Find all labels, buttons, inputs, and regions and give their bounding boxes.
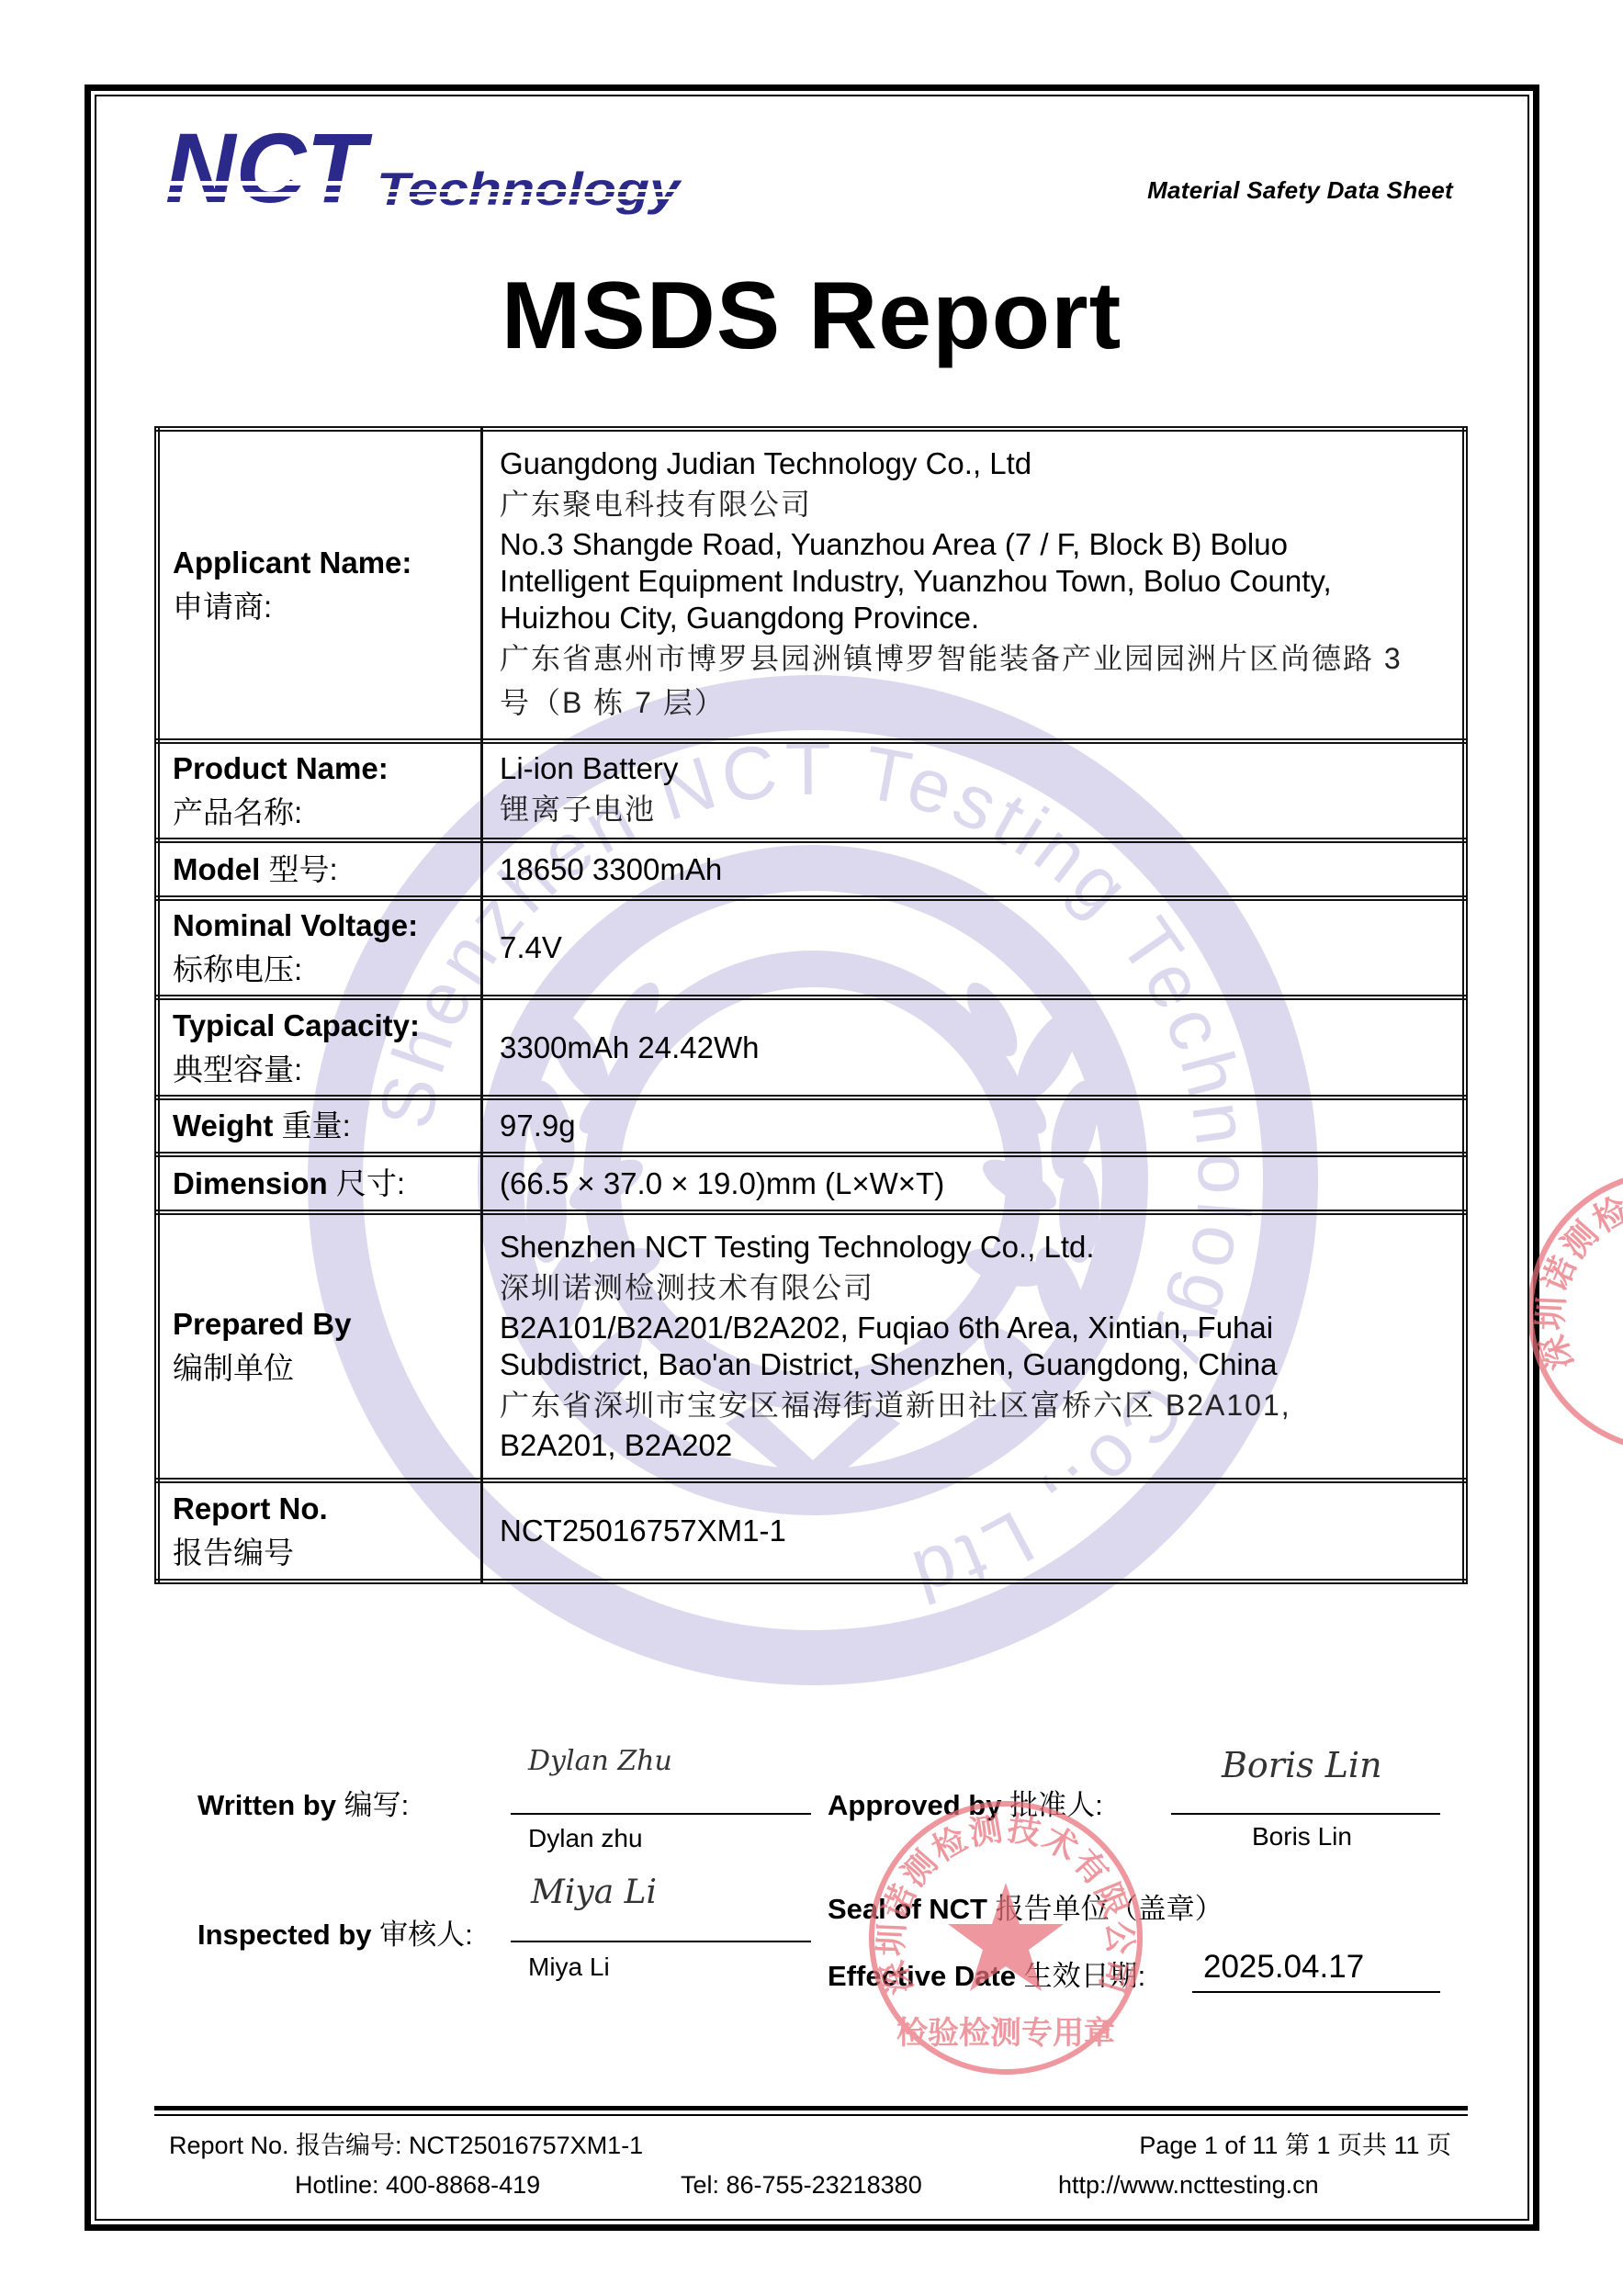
row-value-line: NCT25016757XM1-1 [500,1513,1455,1549]
footer-page-number: Page 1 of 11 第 1 页共 11 页 [1139,2125,1451,2161]
effective-date-value: 2025.04.17 [1203,1949,1364,1986]
row-label: Typical Capacity:典型容量: [173,1004,476,1092]
row-label-cn: 编制单位 [173,1351,294,1385]
row-value-line: No.3 Shangde Road, Yuanzhou Area (7 / F,… [500,526,1455,563]
row-label-en: Prepared By [173,1307,351,1341]
row-label-en: Report No. [173,1491,328,1525]
footer-rule-thin [154,2114,1468,2116]
row-value-line: 深圳诺测检测技术有限公司 [500,1266,1455,1310]
row-label: Product Name:产品名称: [173,747,476,835]
row-label-en: Nominal Voltage: [173,908,418,942]
cross-page-seal: 深圳诺测检测技术有限公司 [1529,1165,1623,1458]
row-label: Model 型号: [173,848,476,892]
row-value-line: Subdistrict, Bao'an District, Shenzhen, … [500,1346,1455,1383]
row-value: (66.5 × 37.0 × 19.0)mm (L×W×T) [500,1165,1455,1202]
table-row-border [154,895,1468,901]
row-value-line: 广东省惠州市博罗县园洲镇博罗智能装备产业园园洲片区尚德路 3 [500,636,1455,681]
official-seal: 深圳诺测检测技术有限公司 检验检测专用章 [863,1795,1148,2080]
table-outer-border [154,426,160,1584]
row-label: Prepared By编制单位 [173,1302,476,1390]
row-label-cn: 典型容量: [173,1052,302,1086]
effective-date-line [1192,1991,1440,1993]
row-label-en: Product Name: [173,751,389,785]
row-value: Guangdong Judian Technology Co., Ltd广东聚电… [500,445,1455,725]
row-value-line: 97.9g [500,1108,1455,1144]
inspected-by-line [511,1941,811,1942]
row-value-line: 号（B 栋 7 层） [500,681,1455,725]
row-value-line: Shenzhen NCT Testing Technology Co., Ltd… [500,1229,1455,1266]
row-label-cn: 产品名称: [173,795,302,829]
star-icon [948,1883,1064,1991]
table-row-border [154,1095,1468,1100]
row-label-cn: 尺寸: [336,1166,405,1200]
table-outer-border [1462,426,1468,1584]
row-label-cn: 申请商: [173,590,272,624]
row-label-cn: 型号: [269,852,338,886]
table-row-border [154,738,1468,744]
row-label-en: Weight [173,1109,273,1142]
table-row-border [154,995,1468,1000]
footer-hotline: Hotline: 400-8868-419 [295,2171,540,2200]
approved-by-line [1171,1813,1440,1815]
row-value: Li-ion Battery锂离子电池 [500,750,1455,831]
row-value-line: Huizhou City, Guangdong Province. [500,600,1455,636]
written-by-name: Dylan zhu [528,1824,643,1853]
written-by-line [511,1813,811,1815]
seal-bottom-text: 检验检测专用章 [896,2015,1115,2052]
row-label: Dimension 尺寸: [173,1162,476,1206]
inspected-by-label: Inspected by 审核人: [197,1911,473,1953]
row-value: 3300mAh 24.42Wh [500,1030,1455,1066]
row-label: Applicant Name:申请商: [173,541,476,629]
footer-website[interactable]: http://www.ncttesting.cn [1058,2171,1319,2200]
table-row-border [154,1152,1468,1157]
row-value-line: 广东省深圳市宝安区福海街道新田社区富桥六区 B2A101, [500,1383,1455,1427]
approved-by-signature: Boris Lin [1222,1745,1382,1785]
row-value: 18650 3300mAh [500,851,1455,888]
row-label: Report No.报告编号 [173,1487,476,1575]
row-label: Nominal Voltage:标称电压: [173,904,476,992]
page-border-inner [95,95,1529,2221]
row-value: 97.9g [500,1108,1455,1144]
row-label: Weight 重量: [173,1104,476,1148]
table-row-border [154,1478,1468,1483]
table-row-border [154,1210,1468,1215]
row-value-line: 3300mAh 24.42Wh [500,1030,1455,1066]
table-column-divider [480,426,483,1584]
row-value: NCT25016757XM1-1 [500,1513,1455,1549]
row-value: Shenzhen NCT Testing Technology Co., Ltd… [500,1229,1455,1464]
document-type: Material Safety Data Sheet [1147,176,1453,205]
row-value-line: B2A201, B2A202 [500,1427,1455,1464]
table-row-border [154,1579,1468,1584]
row-value-line: Intelligent Equipment Industry, Yuanzhou… [500,563,1455,600]
row-label-en: Typical Capacity: [173,1008,420,1042]
row-value-line: (66.5 × 37.0 × 19.0)mm (L×W×T) [500,1165,1455,1202]
row-label-cn: 重量: [282,1109,351,1142]
row-label-cn: 标称电压: [173,952,302,986]
table-row-border [154,838,1468,843]
nct-logo: NCT NCT Technology [163,118,715,219]
row-value-line: 7.4V [500,929,1455,966]
row-label-en: Applicant Name: [173,546,411,580]
inspected-by-name: Miya Li [528,1953,610,1982]
row-label-en: Model [173,852,260,886]
written-by-signature: Dylan Zhu [528,1745,672,1777]
footer-tel: Tel: 86-755-23218380 [681,2171,922,2200]
row-value-line: 锂离子电池 [500,787,1455,831]
row-label-en: Dimension [173,1166,328,1200]
table-row-border [154,426,1468,432]
row-value-line: Guangdong Judian Technology Co., Ltd [500,445,1455,482]
row-value-line: 广东聚电科技有限公司 [500,482,1455,526]
footer-rule-thick [154,2106,1468,2110]
approved-by-name: Boris Lin [1252,1822,1352,1851]
written-by-label: Written by 编写: [197,1782,409,1823]
page-title: MSDS Report [0,262,1623,371]
row-value-line: Li-ion Battery [500,750,1455,787]
row-value-line: B2A101/B2A201/B2A202, Fuqiao 6th Area, X… [500,1310,1455,1346]
row-value: 7.4V [500,929,1455,966]
row-value-line: 18650 3300mAh [500,851,1455,888]
inspected-by-signature: Miya Li [531,1874,657,1911]
row-label-cn: 报告编号 [173,1536,294,1570]
footer-report-no: Report No. 报告编号: NCT25016757XM1-1 [169,2125,643,2161]
